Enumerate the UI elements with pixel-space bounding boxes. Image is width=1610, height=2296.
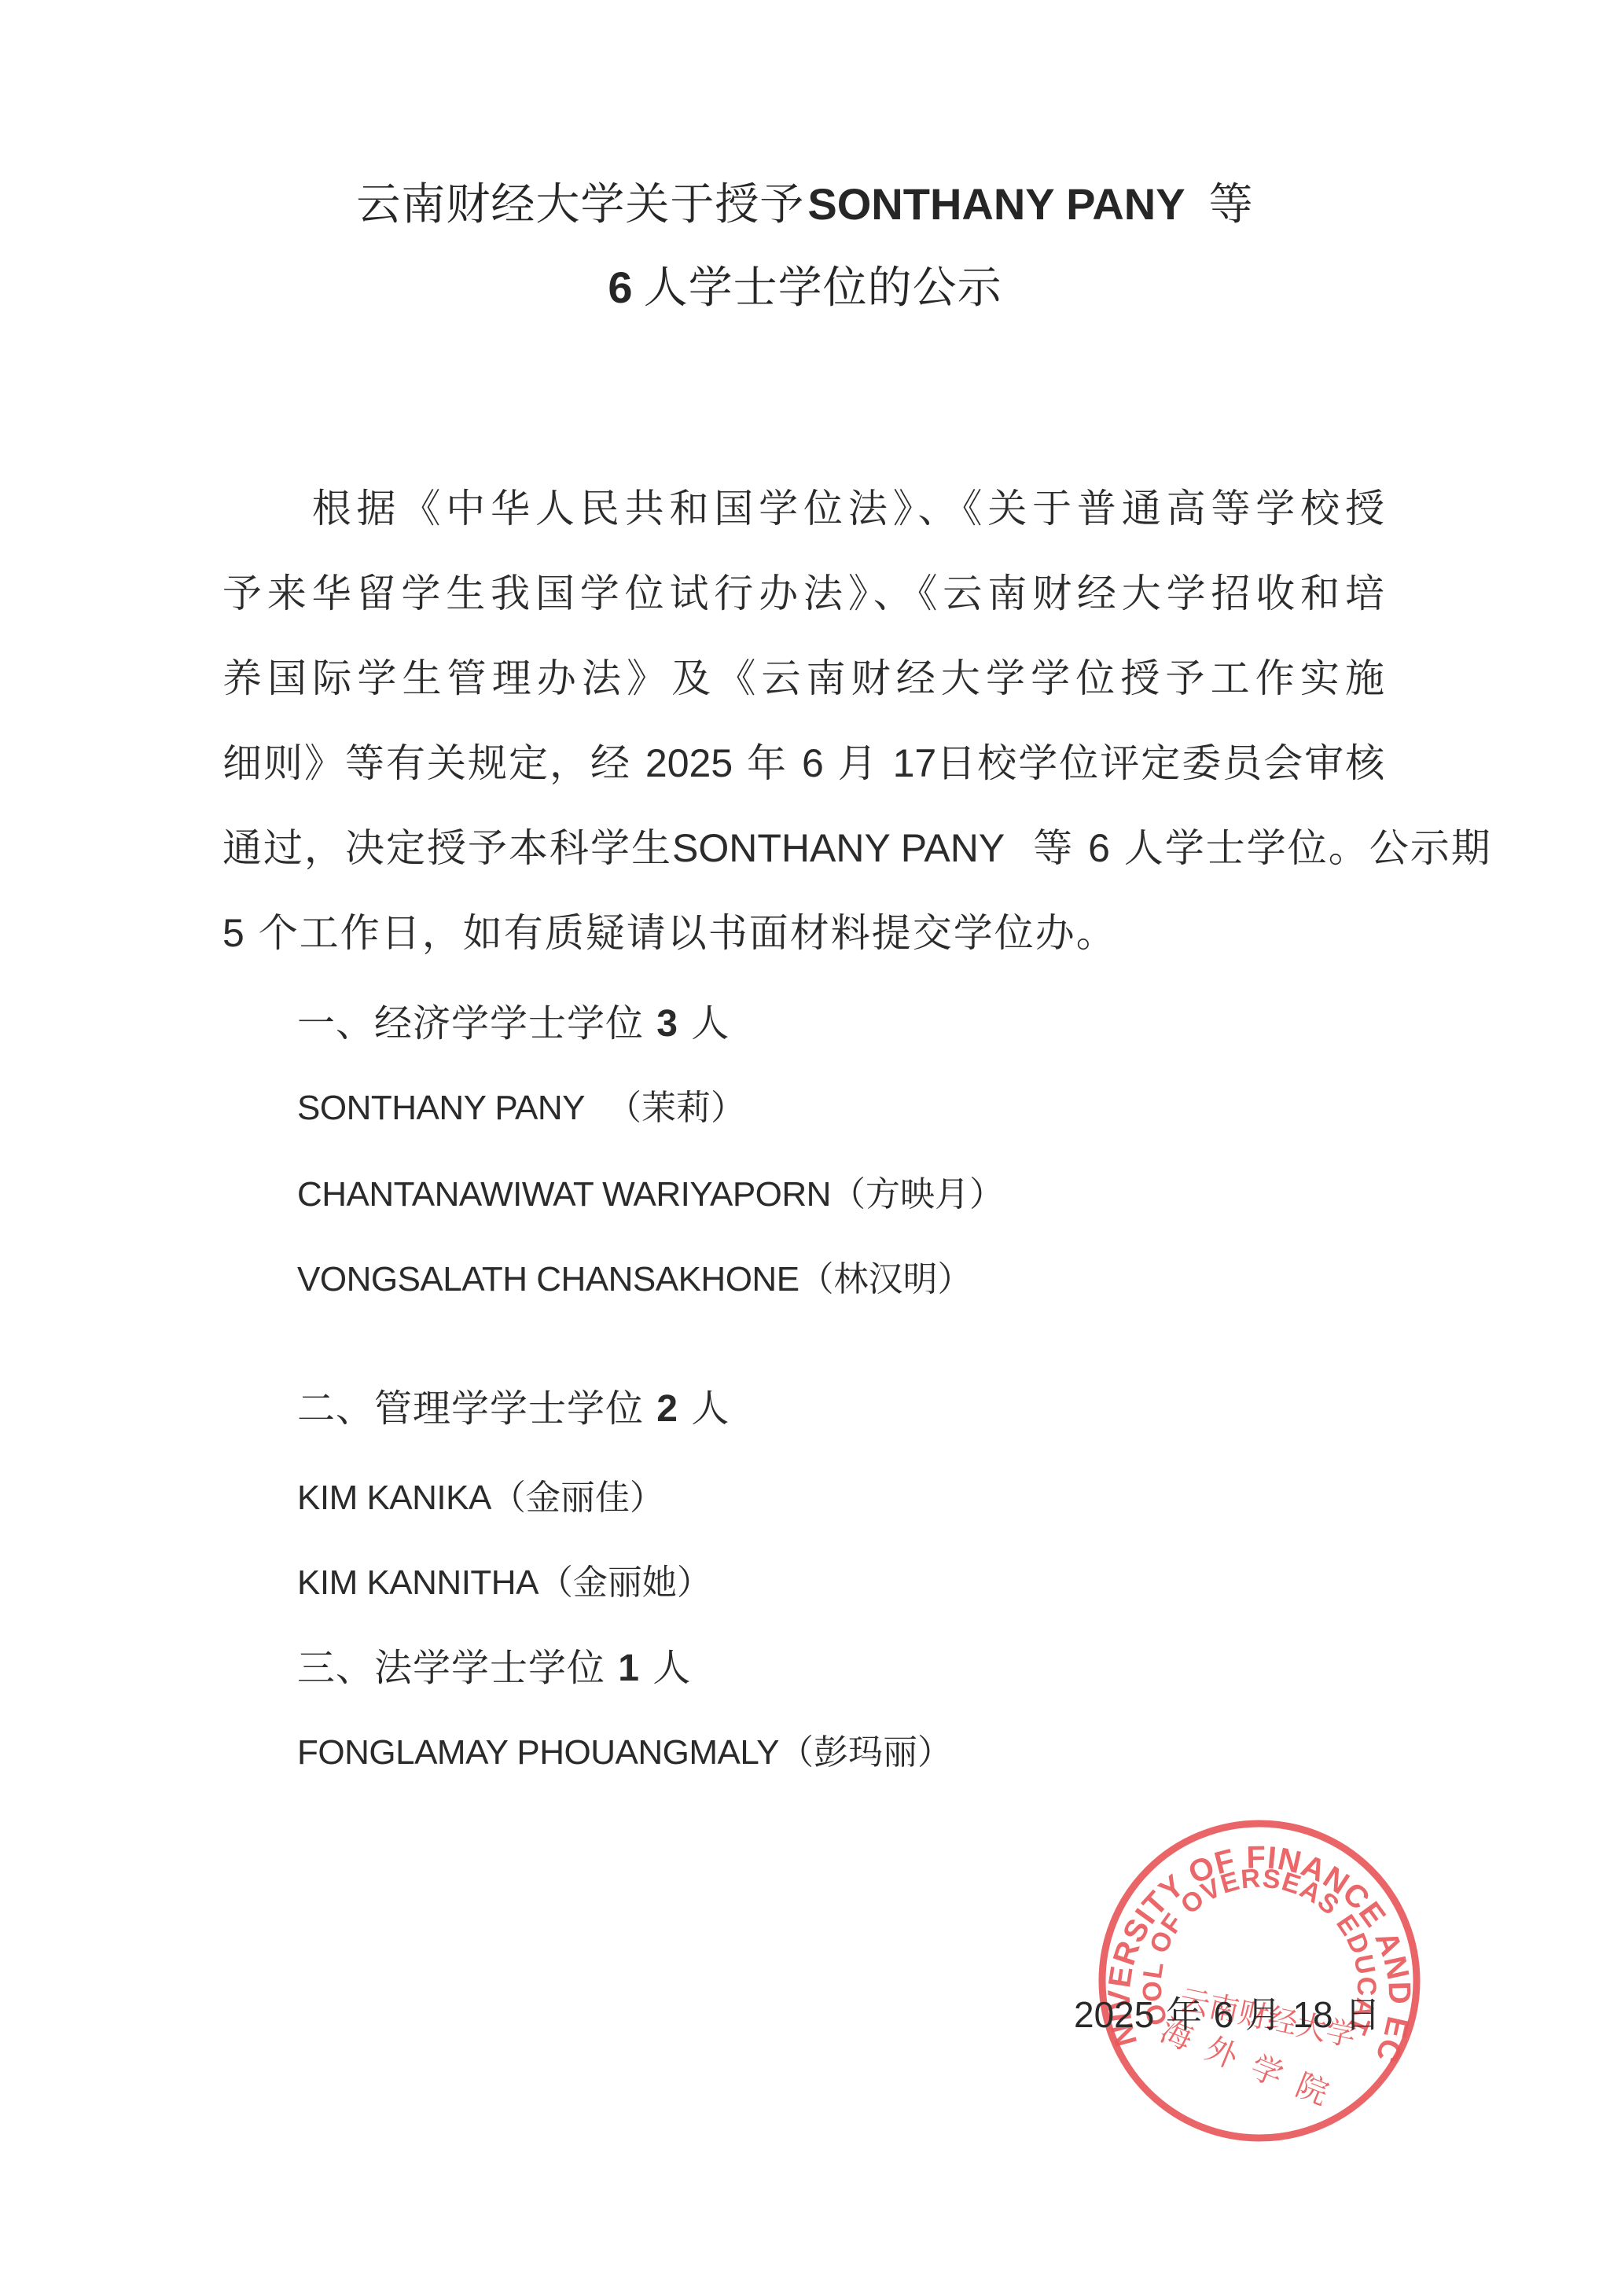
date-day-unit: 日	[1344, 1993, 1380, 2036]
body-student-name: SONTHANY PANY	[672, 826, 1005, 870]
student-name-en: FONGLAMAY PHOUANGMALY	[297, 1733, 779, 1772]
document-title-line-1: 云南财经大学关于授予SONTHANY PANY等	[0, 182, 1610, 227]
body-line-2: 予来华留学生我国学位试行办法》、《云南财经大学招收和培	[222, 574, 1386, 613]
title-student-name: SONTHANY PANY	[807, 179, 1185, 229]
body-line-4: 细则》等有关规定，经 2025 年 6 月 17日校学位评定委员会审核	[222, 744, 1386, 783]
student-entry: KIM KANIKA（金丽佳）	[297, 1481, 664, 1515]
review-year-unit: 年	[747, 740, 788, 786]
document-title-line-2: 6人学士学位的公示	[0, 266, 1610, 310]
document-page: 云南财经大学关于授予SONTHANY PANY等 6人学士学位的公示 根据《中华…	[0, 0, 1610, 2296]
body-line-5-prefix: 通过，决定授予本科学生	[222, 825, 672, 871]
title-count: 6	[608, 263, 632, 312]
section-heading-label: 三、法学学士学位	[297, 1646, 605, 1690]
section-heading-unit: 人	[691, 1387, 730, 1431]
student-name-cn: （茉莉）	[607, 1088, 745, 1128]
body-line-4-prefix: 细则》等有关规定，经	[222, 740, 631, 786]
date-year-unit: 年	[1166, 1993, 1202, 2036]
student-name-cn: （林汉明）	[799, 1259, 972, 1299]
student-name-en: CHANTANAWIWAT WARIYAPORN	[297, 1175, 831, 1214]
section-heading-label: 一、经济学学士学位	[297, 1001, 644, 1045]
body-line-4-suffix: 日校学位评定委员会审核	[936, 740, 1386, 786]
date-month-unit: 月	[1245, 1993, 1281, 2036]
student-name-cn: （金丽她）	[539, 1563, 711, 1603]
student-name-cn: （方映月）	[831, 1174, 1004, 1214]
date-day: 18	[1292, 1994, 1332, 2035]
section-heading-label: 二、管理学学士学位	[297, 1387, 644, 1431]
body-line-5-mid: 等	[1033, 825, 1074, 871]
student-name-cn: （金丽佳）	[491, 1478, 664, 1518]
section-heading-law: 三、法学学士学位 1 人	[297, 1649, 691, 1688]
body-line-5: 通过，决定授予本科学生SONTHANY PANY 等 6 人学士学位。公示期	[222, 828, 1386, 868]
review-year: 2025	[645, 741, 733, 785]
body-student-count: 6	[1088, 826, 1110, 870]
student-entry: SONTHANY PANY（茉莉）	[297, 1091, 745, 1126]
student-name-en: KIM KANNITHA	[297, 1563, 539, 1602]
student-name-en: VONGSALATH CHANSAKHONE	[297, 1260, 799, 1299]
review-month: 6	[802, 741, 824, 785]
student-name-cn: （彭玛丽）	[779, 1732, 952, 1773]
title-line2-suffix: 人学士学位的公示	[644, 263, 1002, 314]
body-line-6-suffix: 个工作日，如有质疑请以书面材料提交学位办。	[259, 910, 1117, 956]
student-name-en: SONTHANY PANY	[297, 1089, 585, 1127]
title-prefix: 云南财经大学关于授予	[356, 179, 804, 230]
body-line-1: 根据《中华人民共和国学位法》、《关于普通高等学校授	[222, 489, 1386, 528]
student-entry: VONGSALATH CHANSAKHONE（林汉明）	[297, 1262, 972, 1297]
date-month: 6	[1214, 1994, 1234, 2035]
official-seal-stamp: YUNNAN UNIVERSITY OF FINANCE AND ECONOMI…	[1094, 1816, 1424, 2146]
section-heading-count: 3	[656, 1003, 678, 1045]
publicity-days: 5	[222, 911, 244, 955]
review-day: 17	[893, 741, 937, 785]
section-heading-count: 1	[618, 1648, 640, 1689]
section-heading-economics: 一、经济学学士学位 3 人	[297, 1005, 730, 1043]
student-entry: CHANTANAWIWAT WARIYAPORN（方映月）	[297, 1177, 1004, 1212]
student-name-en: KIM KANIKA	[297, 1479, 491, 1517]
section-heading-management: 二、管理学学士学位 2 人	[297, 1390, 730, 1428]
student-entry: KIM KANNITHA（金丽她）	[297, 1566, 711, 1600]
body-line-3: 养国际学生管理办法》及《云南财经大学学位授予工作实施	[222, 659, 1386, 698]
body-line-6: 5 个工作日，如有质疑请以书面材料提交学位办。	[222, 913, 1386, 953]
signature-date: 2025 年 6 月 18 日	[1074, 1997, 1380, 2033]
section-heading-unit: 人	[652, 1646, 691, 1690]
body-line-5-suffix: 人学士学位。公示期	[1124, 825, 1492, 871]
section-heading-count: 2	[656, 1388, 678, 1430]
date-year: 2025	[1074, 1994, 1154, 2035]
section-heading-unit: 人	[691, 1001, 730, 1045]
student-entry: FONGLAMAY PHOUANGMALY（彭玛丽）	[297, 1736, 952, 1770]
title-suffix: 等	[1209, 179, 1254, 230]
review-month-unit: 月	[838, 740, 879, 786]
